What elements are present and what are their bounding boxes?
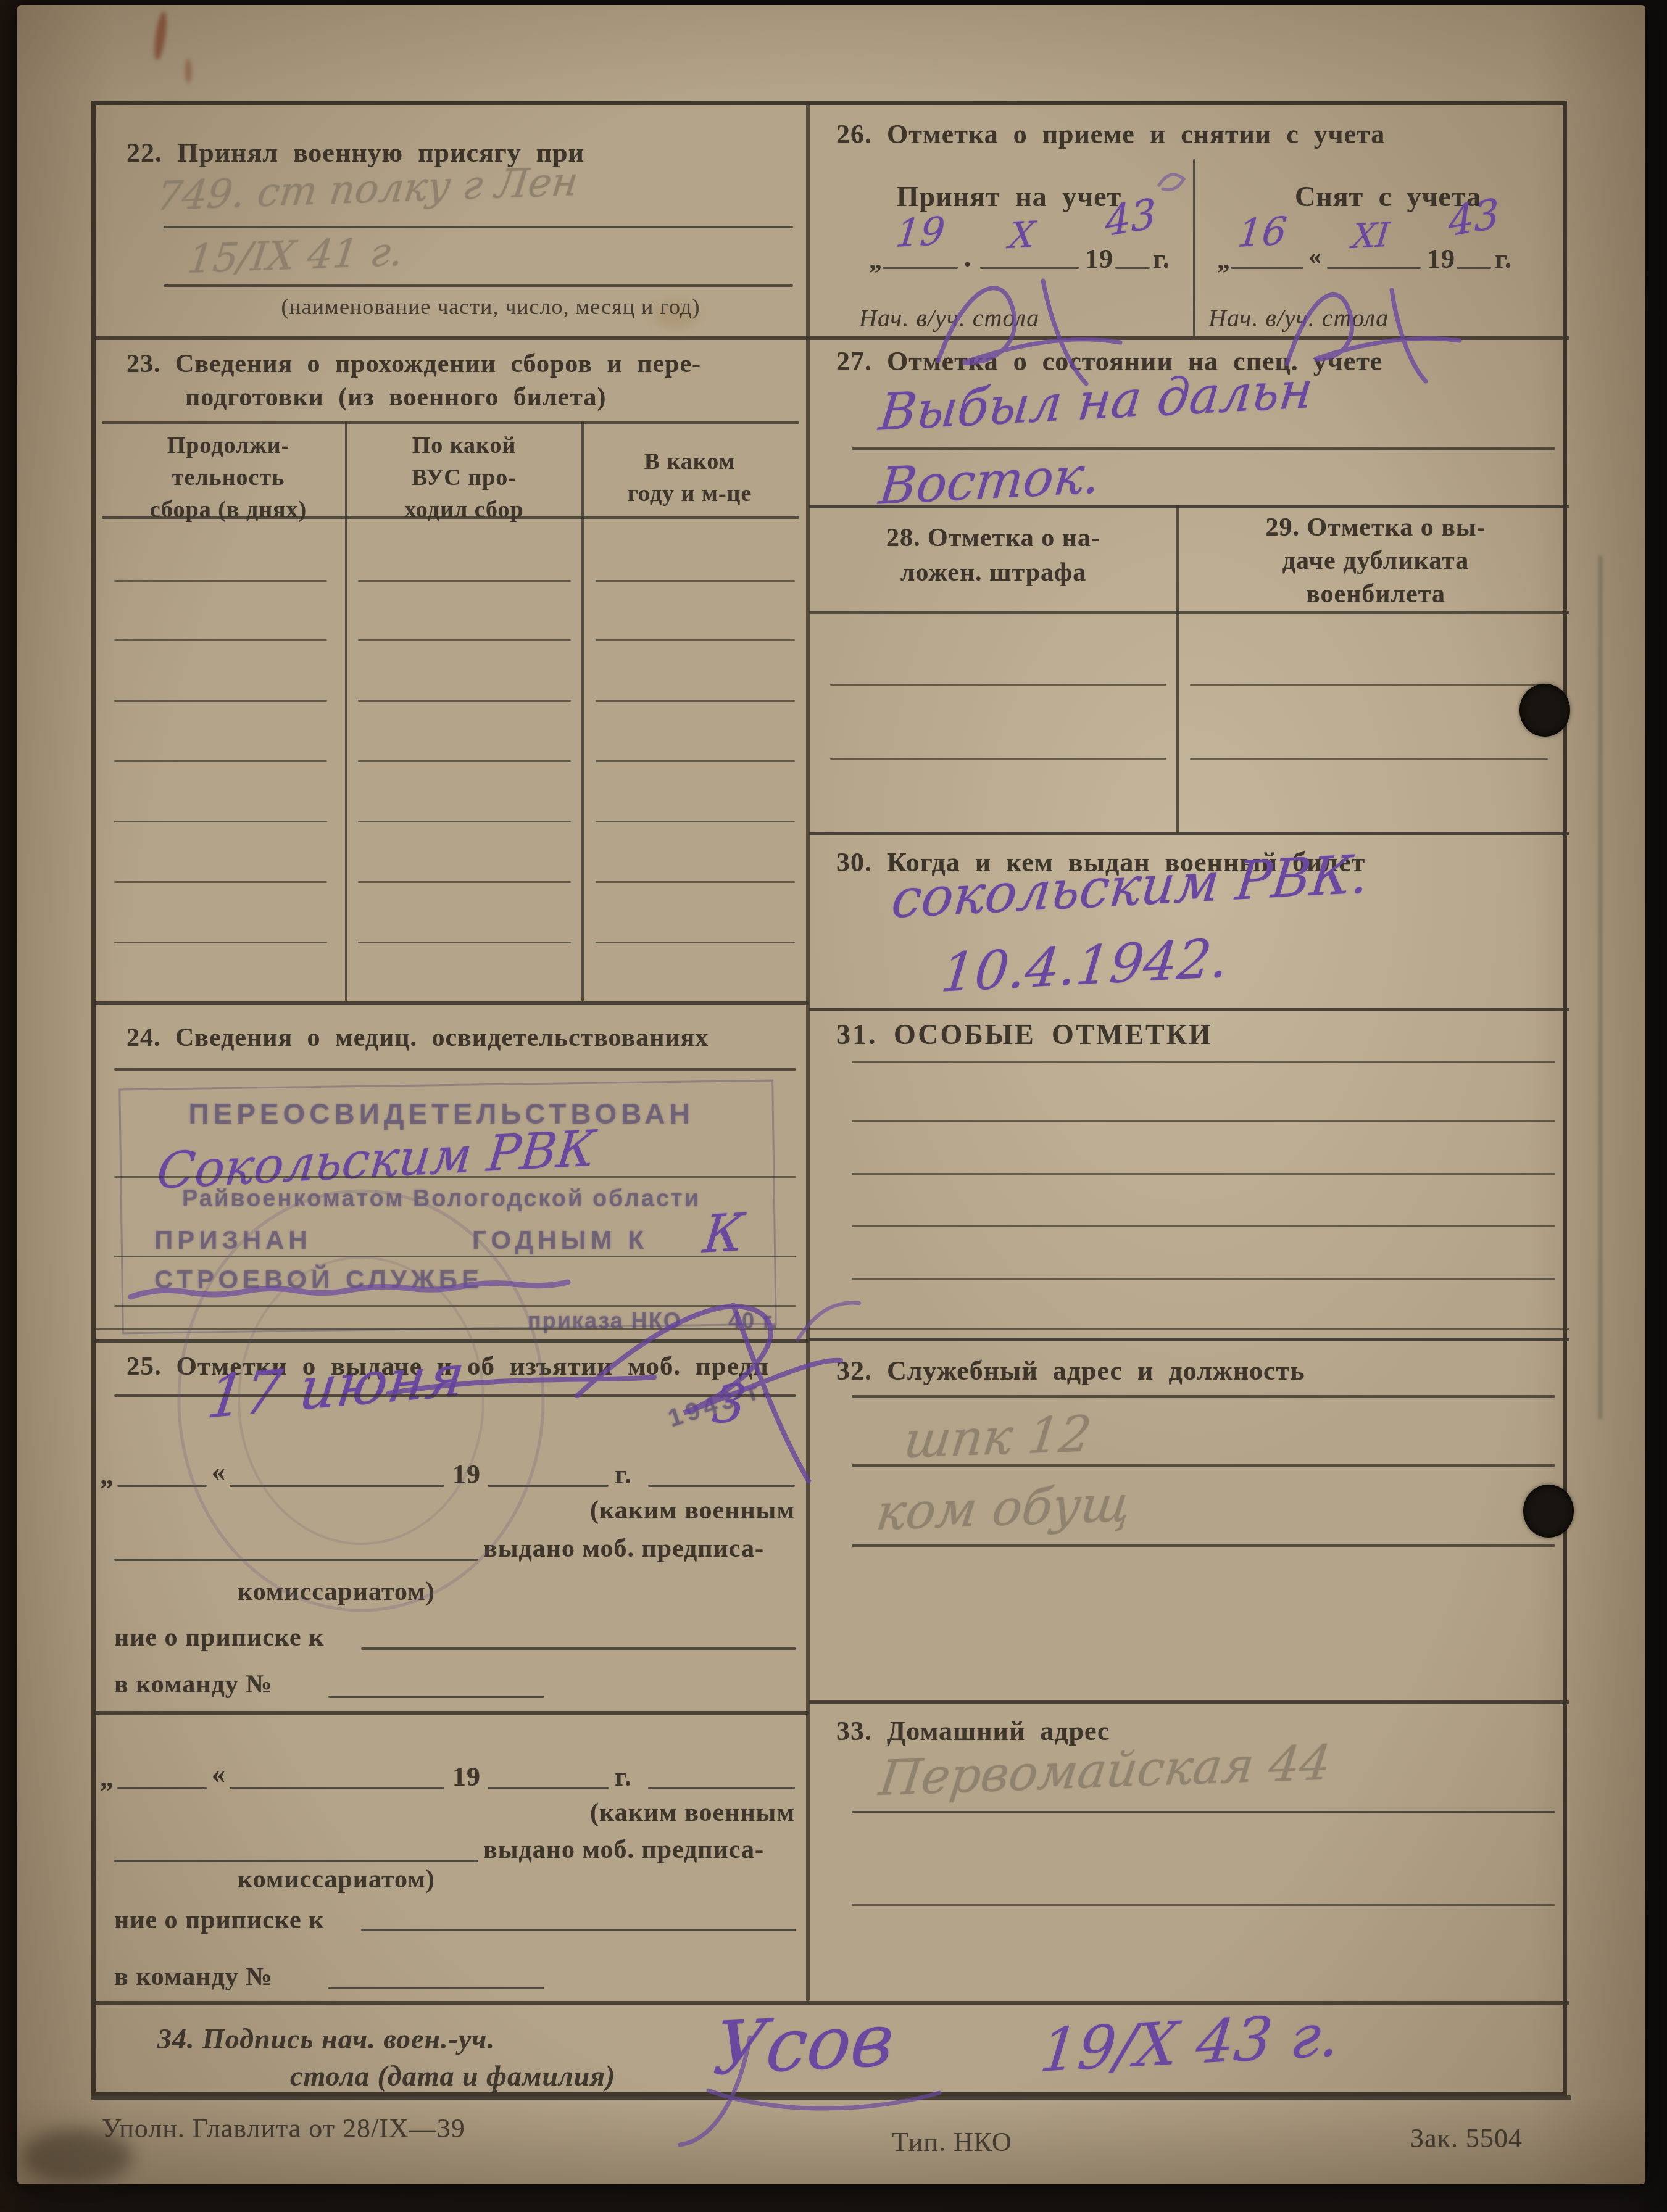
section25-handwriting-num: 3: [710, 1373, 749, 1435]
table-row-line: [114, 700, 327, 702]
table-row-line: [358, 580, 571, 582]
section32-handwriting-2: ком обущ: [873, 1475, 1134, 1541]
stamp-text-commissariat: Райвоенкоматом Вологодской области: [133, 1186, 750, 1212]
section28-title: 28. Отметка о на- ложен. штрафа: [816, 521, 1171, 590]
form-bottom-border: [91, 2095, 1571, 2100]
blank-line: [117, 1787, 207, 1789]
removed-g: г.: [1495, 243, 1512, 275]
table-column-divider: [581, 421, 584, 1001]
table-row-line: [596, 760, 795, 762]
section-divider: [94, 336, 1569, 340]
blank-line: [1231, 267, 1303, 269]
removed-hw-year: 43: [1447, 189, 1500, 246]
ruled-line: [852, 1173, 1555, 1175]
blank-line: [1457, 267, 1491, 269]
section34-title-line2: стола (дата и фамилия): [290, 2060, 615, 2092]
ruled-line: [852, 1395, 1555, 1398]
section26-divider: [1193, 159, 1195, 336]
section-divider: [94, 1339, 809, 1343]
mob-block-vydano: выдано моб. предписа-: [483, 1534, 764, 1564]
section-divider: [94, 1328, 809, 1330]
blank-line: [648, 1787, 795, 1789]
section-divider: [809, 1328, 1569, 1330]
removed-year19: 19: [1427, 243, 1455, 275]
table-row-line: [114, 580, 327, 582]
section22-handwriting-date: 15/IX 41 г.: [185, 229, 406, 283]
removed-open-quote: „: [1217, 246, 1231, 275]
mob-block-quote: «: [212, 1758, 226, 1790]
mob-block-open-quote: „: [100, 1460, 114, 1491]
section33-title: 33. Домашний адрес: [836, 1715, 1110, 1747]
section-divider: [809, 1338, 1569, 1341]
blank-line: [488, 1787, 609, 1789]
blank-line: [114, 1860, 478, 1862]
section29-title: 29. Отметка о вы- даче дубликата военбил…: [1182, 511, 1569, 611]
removed-hw-day: 16: [1236, 208, 1289, 256]
column-header-duration: Продолжи- тельность сбора (в днях): [117, 429, 339, 526]
blank-line: [1327, 267, 1421, 269]
section24-title: 24. Сведения о медиц. освидетельствовани…: [127, 1023, 709, 1053]
section34-signature: Усов: [710, 1997, 898, 2092]
accepted-dot: .: [964, 242, 971, 273]
mob-block-kakim: (каким военным: [481, 1798, 795, 1828]
ruled-line: [114, 1305, 796, 1307]
table-row-line: [114, 942, 327, 943]
mob-block-year19: 19: [452, 1459, 481, 1490]
ruled-line: [114, 1256, 796, 1257]
ruled-line: [852, 1061, 1555, 1063]
footer-order-number: Зак. 5504: [1410, 2123, 1523, 2154]
blank-line: [361, 1929, 796, 1931]
blank-line: [980, 267, 1079, 269]
table-row-line: [596, 881, 795, 883]
column-divider: [806, 101, 810, 2001]
table-header-bottom: [102, 516, 799, 519]
ruled-line: [830, 758, 1166, 760]
blank-line: [488, 1485, 609, 1487]
mob-block-komiss: комиссариатом): [238, 1577, 435, 1607]
ruled-line: [852, 1904, 1555, 1906]
ruled-line: [852, 1544, 1555, 1547]
mob-block-nie: ние о приписке к: [114, 1905, 324, 1935]
section-divider: [94, 1001, 809, 1005]
scanned-military-card: 22. Принял военную присягу при 749. ст п…: [0, 0, 1667, 2212]
mob-block-vydano: выдано моб. предписа-: [483, 1835, 764, 1865]
table-row-line: [596, 700, 795, 702]
ruled-line: [852, 1225, 1555, 1227]
accepted-g: г.: [1153, 243, 1170, 275]
ruled-line: [852, 447, 1555, 450]
mob-block-komanda: в команду №: [114, 1670, 273, 1699]
table-top-line: [102, 421, 799, 424]
ruled-line: [852, 1120, 1555, 1122]
section23-title-line2: подготовки (из военного билета): [185, 383, 606, 412]
blank-line: [328, 1987, 544, 1989]
table-row-line: [358, 700, 571, 702]
blank-line: [117, 1485, 207, 1487]
section31-title: 31. ОСОБЫЕ ОТМЕТКИ: [836, 1018, 1213, 1051]
stamp-text-stroevoy: СТРОЕВОЙ СЛУЖБЕ: [154, 1265, 483, 1294]
stamp-text-prikaz: приказа НКО: [528, 1308, 682, 1334]
blank-line: [1115, 267, 1150, 269]
section26-title: 26. Отметка о приеме и снятии с учета: [836, 118, 1385, 150]
blank-line: [328, 1696, 544, 1698]
removed-label: Снят с учета: [1203, 180, 1573, 213]
ruled-line: [852, 1811, 1555, 1813]
mob-block-komiss: комиссариатом): [238, 1865, 435, 1894]
removed-hw-month: XI: [1350, 215, 1391, 256]
stamp-text-prikaz-year: 40 г.: [728, 1308, 778, 1334]
mob-block-kakim: (каким военным: [481, 1496, 795, 1525]
ruled-line: [1190, 684, 1548, 686]
footer-printer: Тип. НКО: [892, 2126, 1012, 2158]
mob-block-komanda: в команду №: [114, 1962, 273, 1992]
ruled-line: [114, 1068, 796, 1071]
section32-handwriting-1: шпк 12: [901, 1405, 1095, 1469]
accepted-hw-year: 43: [1104, 189, 1157, 246]
footer-censor-note: Уполн. Главлита от 28/IX—39: [102, 2113, 465, 2144]
table-row-line: [358, 881, 571, 883]
section-divider: [809, 832, 1569, 835]
table-row-line: [596, 580, 795, 582]
stamp-text-godnym: ГОДНЫМ К: [472, 1225, 648, 1255]
table-row-line: [358, 821, 571, 822]
table-row-line: [114, 881, 327, 883]
table-row-line: [114, 821, 327, 822]
section22-caption: (наименование части, число, месяц и год): [182, 294, 799, 320]
hole-punch: [1519, 684, 1570, 737]
blank-line: [361, 1647, 796, 1650]
section32-title: 32. Служебный адрес и должность: [836, 1355, 1305, 1386]
removed-sign-label: Нач. в/уч. стола: [1208, 304, 1389, 333]
blank-line: [230, 1485, 444, 1487]
stamp-text-reexamined: ПЕРЕОСВИДЕТЕЛЬСТВОВАН: [139, 1097, 744, 1130]
blank-line: [230, 1787, 444, 1789]
table-row-line: [596, 942, 795, 943]
mob-block-g: г.: [615, 1761, 632, 1792]
blank-line: [883, 267, 958, 269]
section23-title-line1: 23. Сведения о прохождении сборов и пере…: [127, 349, 701, 379]
blank-line: [648, 1485, 795, 1487]
blank-line: [114, 1559, 478, 1561]
accepted-sign-label: Нач. в/уч. стола: [859, 304, 1039, 333]
table-row-line: [358, 639, 571, 641]
ruled-line: [809, 611, 1569, 614]
mob-block-g: г.: [615, 1459, 632, 1490]
accepted-hw-day: 19: [894, 208, 947, 256]
ruled-line: [852, 1278, 1555, 1280]
table-row-line: [358, 760, 571, 762]
column-header-year: В каком году и м-це: [586, 445, 793, 510]
stamp-text-priznan: ПРИЗНАН: [154, 1225, 312, 1255]
accepted-hw-month: X: [1007, 213, 1037, 257]
accepted-open-quote: „: [869, 246, 883, 275]
ruled-line: [164, 226, 793, 228]
mob-block-nie: ние о приписке к: [114, 1623, 324, 1652]
mob-block-year19: 19: [452, 1761, 481, 1792]
table-row-line: [596, 639, 795, 641]
section-divider: [809, 1008, 1569, 1011]
mob-block-open-quote: „: [100, 1762, 114, 1794]
section-divider: [809, 505, 1569, 508]
column-header-vus: По какой ВУС про- ходил сбор: [351, 429, 578, 526]
table-column-divider: [345, 421, 347, 1001]
section28-29-divider: [1176, 505, 1179, 833]
table-row-line: [596, 821, 795, 822]
accepted-year19: 19: [1085, 243, 1113, 275]
table-row-line: [358, 942, 571, 943]
section-divider: [94, 1711, 809, 1715]
hole-punch: [1523, 1485, 1574, 1538]
ruled-line: [164, 284, 793, 287]
ruled-line: [114, 1394, 796, 1397]
ruled-line: [114, 1176, 796, 1178]
section-divider: [809, 1700, 1569, 1704]
ruled-line: [1190, 758, 1548, 760]
ruled-line: [830, 684, 1166, 686]
ruled-line: [852, 1464, 1555, 1467]
removed-quote: «: [1308, 242, 1322, 271]
table-row-line: [114, 760, 327, 762]
table-row-line: [114, 639, 327, 641]
mob-block-quote: «: [212, 1456, 226, 1488]
section34-title-line1: 34. Подпись нач. воен.-уч.: [157, 2023, 495, 2055]
